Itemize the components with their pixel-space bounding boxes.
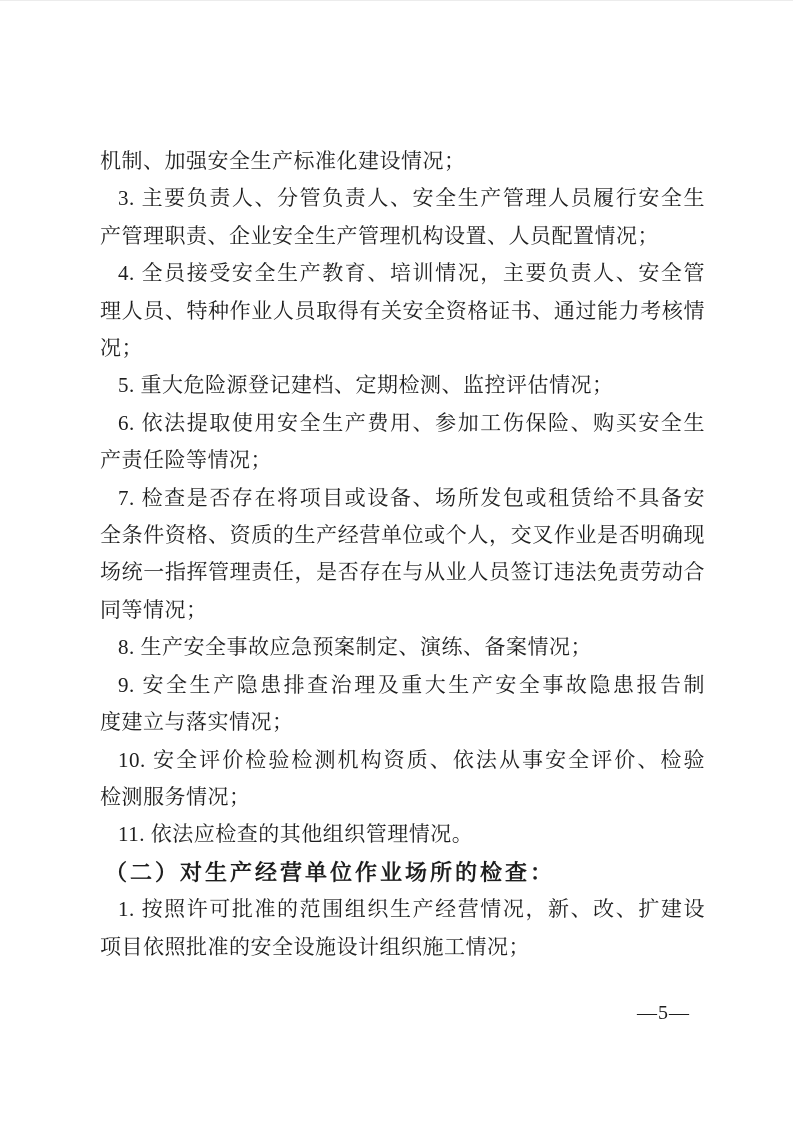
text-line: 全条件资格、资质的生产经营单位或个人，交叉作业是否明确现	[100, 517, 705, 554]
text-line: 检测服务情况；	[100, 779, 705, 816]
paragraph: 11. 依法应检查的其他组织管理情况。	[100, 816, 705, 853]
text-line: 机制、加强安全生产标准化建设情况；	[100, 143, 705, 180]
section-heading: （二）对生产经营单位作业场所的检查：	[100, 854, 705, 891]
text-line: 产责任险等情况；	[100, 442, 705, 479]
text-line: 4. 全员接受安全生产教育、培训情况，主要负责人、安全管	[100, 255, 705, 292]
text-line: （二）对生产经营单位作业场所的检查：	[100, 854, 705, 891]
paragraph: 7. 检查是否存在将项目或设备、场所发包或租赁给不具备安全条件资格、资质的生产经…	[100, 480, 705, 630]
paragraph: 6. 依法提取使用安全生产费用、参加工伤保险、购买安全生产责任险等情况；	[100, 405, 705, 480]
document-page: 机制、加强安全生产标准化建设情况；3. 主要负责人、分管负责人、安全生产管理人员…	[0, 0, 793, 1122]
text-line: 6. 依法提取使用安全生产费用、参加工伤保险、购买安全生	[100, 405, 705, 442]
text-line: 3. 主要负责人、分管负责人、安全生产管理人员履行安全生	[100, 180, 705, 217]
text-line: 理人员、特种作业人员取得有关安全资格证书、通过能力考核情	[100, 293, 705, 330]
text-line: 11. 依法应检查的其他组织管理情况。	[100, 816, 705, 853]
text-line: 1. 按照许可批准的范围组织生产经营情况，新、改、扩建设	[100, 891, 705, 928]
text-line: 5. 重大危险源登记建档、定期检测、监控评估情况；	[100, 367, 705, 404]
text-line: 产管理职责、企业安全生产管理机构设置、人员配置情况；	[100, 218, 705, 255]
paragraph: 10. 安全评价检验检测机构资质、依法从事安全评价、检验检测服务情况；	[100, 742, 705, 817]
document-body: 机制、加强安全生产标准化建设情况；3. 主要负责人、分管负责人、安全生产管理人员…	[100, 143, 705, 966]
text-line: 8. 生产安全事故应急预案制定、演练、备案情况；	[100, 629, 705, 666]
text-line: 7. 检查是否存在将项目或设备、场所发包或租赁给不具备安	[100, 480, 705, 517]
text-line: 9. 安全生产隐患排查治理及重大生产安全事故隐患报告制	[100, 667, 705, 704]
text-line: 10. 安全评价检验检测机构资质、依法从事安全评价、检验	[100, 742, 705, 779]
page-number-footer: —5—	[0, 1001, 690, 1025]
paragraph: 3. 主要负责人、分管负责人、安全生产管理人员履行安全生产管理职责、企业安全生产…	[100, 180, 705, 255]
text-line: 度建立与落实情况；	[100, 704, 705, 741]
text-line: 同等情况；	[100, 592, 705, 629]
text-line: 况；	[100, 330, 705, 367]
paragraph: 8. 生产安全事故应急预案制定、演练、备案情况；	[100, 629, 705, 666]
text-line: 项目依照批准的安全设施设计组织施工情况；	[100, 929, 705, 966]
paragraph: 4. 全员接受安全生产教育、培训情况，主要负责人、安全管理人员、特种作业人员取得…	[100, 255, 705, 367]
paragraph: 5. 重大危险源登记建档、定期检测、监控评估情况；	[100, 367, 705, 404]
paragraph: 9. 安全生产隐患排查治理及重大生产安全事故隐患报告制度建立与落实情况；	[100, 667, 705, 742]
text-line: 场统一指挥管理责任，是否存在与从业人员签订违法免责劳动合	[100, 554, 705, 591]
paragraph: 1. 按照许可批准的范围组织生产经营情况，新、改、扩建设项目依照批准的安全设施设…	[100, 891, 705, 966]
paragraph: 机制、加强安全生产标准化建设情况；	[100, 143, 705, 180]
